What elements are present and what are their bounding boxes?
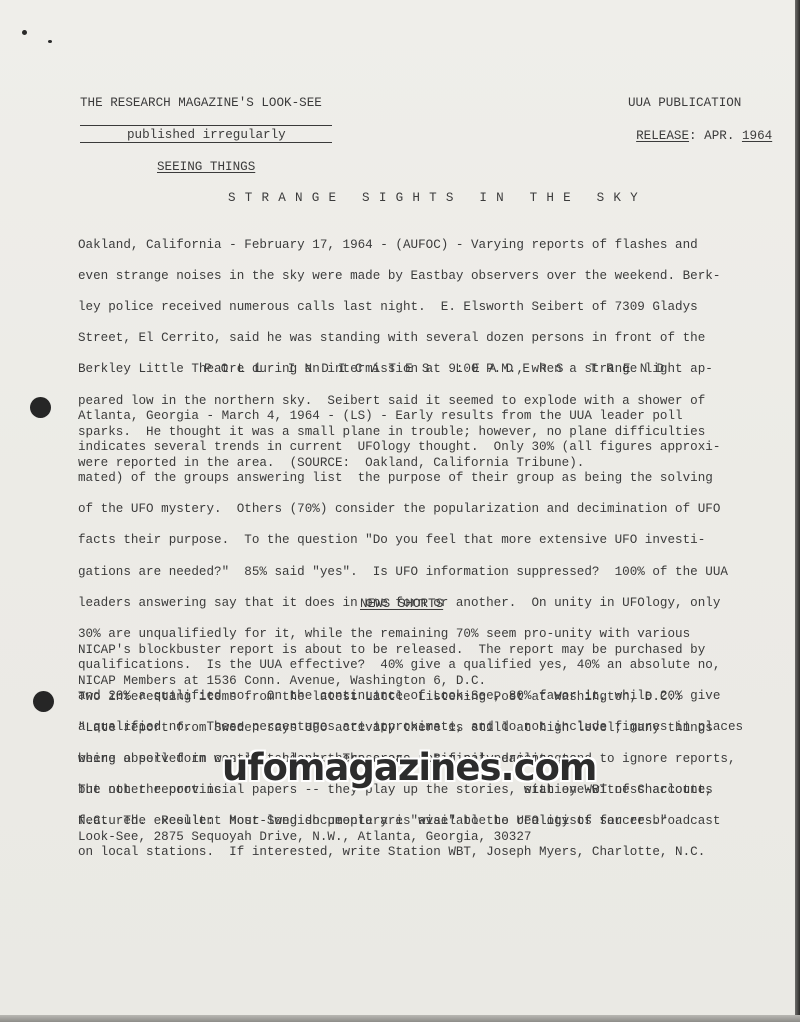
body-line: Street, El Cerrito, said he was standing… <box>78 331 778 347</box>
release-year: 1964 <box>742 129 772 143</box>
body-line: even strange noises in the sky were made… <box>78 269 778 285</box>
frequency-note: published irregularly <box>127 128 286 144</box>
page-bottom-edge <box>0 1015 800 1022</box>
ink-speck <box>22 30 27 35</box>
body-line: N.C. The excellent hour-long documentary… <box>78 814 778 830</box>
release-line: RELEASE: APR. 1964 <box>621 113 772 144</box>
body-line: ley police received numerous calls last … <box>78 300 778 316</box>
body-line: Atlanta, Georgia - March 4, 1964 - (LS) … <box>78 409 778 425</box>
body-line: on local stations. If interested, write … <box>78 845 778 861</box>
news-shorts-heading: NEWS SHORTS <box>360 597 443 613</box>
body-line: "Late report from Sweden says UFO activi… <box>78 721 778 737</box>
body-line: Two interesting items from the latest Li… <box>78 690 778 706</box>
body-line: facts their purpose. To the question "Do… <box>78 533 778 549</box>
footer-address: Look-See, 2875 Sequoyah Drive, N.W., Atl… <box>78 830 531 846</box>
watermark-logo: ufomagazines.com <box>222 748 596 788</box>
punch-hole-icon <box>30 397 51 418</box>
body-line: of the UFO mystery. Others (70%) conside… <box>78 502 778 518</box>
body-line: NICAP's blockbuster report is about to b… <box>78 643 778 659</box>
release-label: RELEASE <box>636 129 689 143</box>
masthead-title: THE RESEARCH MAGAZINE'S LOOK-SEE <box>80 96 322 112</box>
body-line: gations are needed?" 85% said "yes". Is … <box>78 565 778 581</box>
body-line: indicates several trends in current UFOl… <box>78 440 778 456</box>
section-title: SEEING THINGS <box>157 160 255 176</box>
ink-speck <box>48 40 52 43</box>
release-colon: : <box>689 129 704 143</box>
punch-hole-icon <box>33 691 54 712</box>
body-line: Oakland, California - February 17, 1964 … <box>78 238 778 254</box>
publisher-label: UUA PUBLICATION <box>628 96 741 112</box>
page-edge-shadow <box>795 0 800 1022</box>
masthead-rule <box>80 125 332 126</box>
article-headline: POLL INDICATES LEADERS TREND <box>204 362 673 378</box>
article-headline: STRANGE SIGHTS IN THE SKY <box>228 191 647 207</box>
release-month: APR. <box>704 129 734 143</box>
body-line: mated) of the groups answering list the … <box>78 471 778 487</box>
